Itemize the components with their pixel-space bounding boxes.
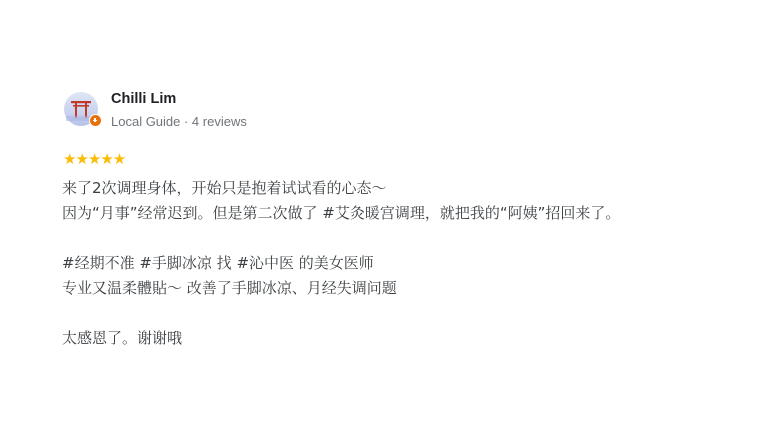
reviewer-name[interactable]: Chilli Lim <box>111 91 176 107</box>
review-line: 专业又温柔體貼～ 改善了手脚冰凉、月经失调问题 <box>62 276 620 301</box>
reviewer-meta[interactable]: Local Guide · 4 reviews <box>111 114 247 129</box>
star-rating: ★★★★★ <box>63 150 125 168</box>
review-line: 因为“月事”经常迟到。但是第二次做了 #艾灸暖宫调理，就把我的“阿姨”招回来了。 <box>62 201 620 226</box>
local-guide-badge-icon <box>89 114 102 127</box>
review-text: 来了2次调理身体，开始只是抱着试试看的心态～ 因为“月事”经常迟到。但是第二次做… <box>62 176 620 351</box>
review-line: 太感恩了。谢谢哦 <box>62 326 620 351</box>
review-line: 来了2次调理身体，开始只是抱着试试看的心态～ <box>62 176 620 201</box>
review-line: #经期不准 #手脚冰凉 找 #沁中医 的美女医师 <box>62 251 620 276</box>
